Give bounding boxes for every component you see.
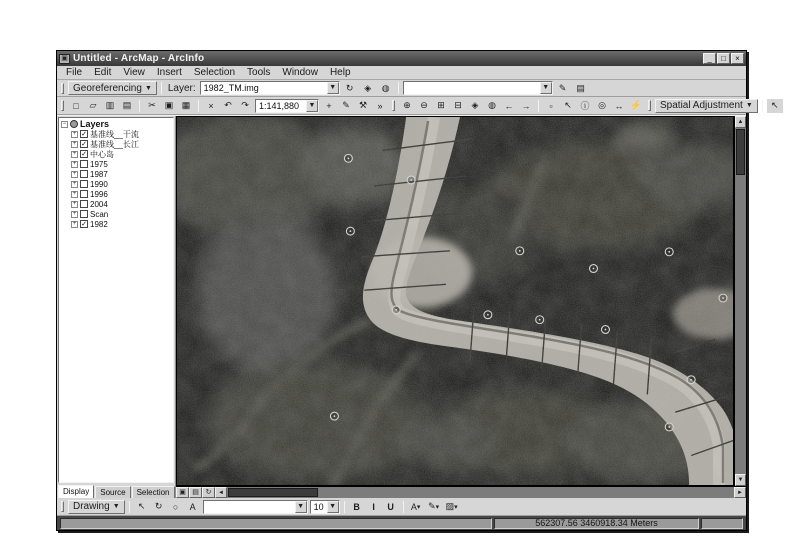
globe-icon	[70, 120, 78, 128]
undo-button[interactable]: ↶	[220, 99, 236, 113]
attributes-button[interactable]: ▤	[573, 81, 589, 95]
chevron-down-icon[interactable]: ▼	[327, 501, 339, 513]
main-area: − Layers +基准线__干流+基准线__长江+中心岛+1975+1987+…	[57, 115, 746, 498]
rotate-element-button[interactable]: ↻	[151, 500, 167, 514]
task-combo[interactable]: ▼	[403, 81, 553, 95]
layer-visibility-checkbox[interactable]	[80, 160, 88, 168]
layer-item[interactable]: +1990	[59, 179, 173, 189]
toc-tab-source[interactable]: Source	[95, 486, 130, 498]
page: ▣ Untitled - ArcMap - ArcInfo _ □ × File…	[0, 0, 800, 543]
chevron-down-icon: ▾	[436, 503, 440, 511]
menu-file[interactable]: File	[60, 67, 88, 78]
hyperlink-icon: ⚡	[630, 100, 641, 111]
layer-visibility-checkbox[interactable]	[80, 140, 88, 148]
go-back-extent-icon: ←	[505, 101, 514, 111]
zoom-in-button[interactable]: ⊕	[399, 99, 415, 113]
paste-button[interactable]: ▦	[178, 99, 194, 113]
shape-tool-icon: ○	[173, 502, 178, 512]
rotate-raster-icon: ↻	[346, 83, 354, 94]
toolbar-grip[interactable]	[61, 83, 64, 94]
pan-icon: ◈	[472, 100, 479, 111]
italic-button[interactable]: I	[366, 500, 382, 514]
expand-icon[interactable]: +	[71, 181, 78, 188]
expand-icon[interactable]: +	[71, 191, 78, 198]
identify-button[interactable]: ⓘ	[577, 99, 593, 113]
save-map-icon: ▥	[106, 100, 115, 111]
identify-icon: ⓘ	[580, 99, 589, 112]
go-forward-extent-icon: →	[522, 101, 531, 111]
map-canvas[interactable]	[176, 116, 734, 486]
line-color-button[interactable]: ✎▾	[426, 500, 442, 514]
expand-icon[interactable]: +	[71, 131, 78, 138]
go-forward-extent-button[interactable]: →	[518, 99, 534, 113]
toolbar-separator	[762, 100, 763, 112]
font-size-value: 10	[311, 502, 327, 512]
shift-raster-icon: ◈	[364, 83, 371, 94]
cut-button[interactable]: ✂	[144, 99, 160, 113]
layer-combo-value: 1982_TM.img	[201, 83, 327, 93]
full-extent-button[interactable]: ◍	[484, 99, 500, 113]
expand-icon[interactable]: +	[71, 211, 78, 218]
layer-label: Layer:	[166, 83, 198, 94]
chevron-down-icon[interactable]: ▼	[295, 501, 307, 513]
table-of-contents: − Layers +基准线__干流+基准线__长江+中心岛+1975+1987+…	[57, 116, 176, 498]
edit-sketch-button[interactable]: ✎	[555, 81, 571, 95]
status-bar: 562307.56 3460918.34 Meters	[57, 516, 746, 530]
satellite-map	[177, 117, 733, 485]
rotate-element-icon: ↻	[155, 501, 163, 512]
arcmap-window: ▣ Untitled - ArcMap - ArcInfo _ □ × File…	[56, 50, 747, 531]
layer-visibility-checkbox[interactable]	[80, 200, 88, 208]
toolbar-standard-tools: □▱▥▤ ✂▣▦ ×↶↷ 1:141,880 ▼ +✎⚒» ⊕⊖⊞⊟◈◍←→ ▫…	[57, 97, 746, 115]
drawing-label: Drawing	[73, 501, 110, 512]
command-line-icon: »	[377, 101, 382, 111]
go-back-extent-button[interactable]: ←	[501, 99, 517, 113]
select-features-icon: ▫	[549, 101, 552, 111]
print-map-button[interactable]: ▤	[119, 99, 135, 113]
menu-window[interactable]: Window	[276, 67, 324, 78]
select-elements-icon: ↖	[564, 100, 572, 111]
georeferencing-menu-button[interactable]: Georeferencing ▼	[68, 81, 157, 95]
menu-selection[interactable]: Selection	[188, 67, 241, 78]
layer-name[interactable]: 1996	[90, 190, 108, 199]
vertical-scroll-thumb[interactable]	[736, 129, 745, 175]
chevron-down-icon: ▼	[145, 85, 152, 92]
layer-visibility-checkbox[interactable]	[80, 190, 88, 198]
toolbar-separator	[398, 82, 399, 94]
layer-visibility-checkbox[interactable]	[80, 170, 88, 178]
map-scale-value: 1:141,880	[256, 101, 306, 111]
fill-color-icon: ▨	[446, 501, 455, 512]
title-bar: ▣ Untitled - ArcMap - ArcInfo _ □ ×	[57, 51, 746, 66]
map-scale-combo[interactable]: 1:141,880 ▼	[255, 99, 319, 113]
pan-button[interactable]: ◈	[467, 99, 483, 113]
spatial-adjustment-menu-button[interactable]: Spatial Adjustment ▼	[655, 99, 758, 113]
toc-root-label: Layers	[80, 119, 109, 129]
horizontal-scroll-thumb[interactable]	[228, 488, 318, 497]
layer-visibility-checkbox[interactable]	[80, 220, 88, 228]
status-message-cell	[60, 518, 492, 529]
bold-icon: B	[353, 502, 360, 512]
expand-icon[interactable]: +	[71, 221, 78, 228]
drawing-menu-button[interactable]: Drawing ▼	[68, 500, 125, 514]
add-data-icon: +	[326, 101, 331, 111]
toolbar-separator	[161, 82, 162, 94]
zoom-out-icon: ⊖	[420, 100, 428, 111]
layer-name[interactable]: 1982	[90, 220, 108, 229]
zoom-in-icon: ⊕	[403, 100, 411, 111]
status-extra-cell	[701, 518, 743, 529]
minimize-button[interactable]: _	[703, 53, 716, 64]
layer-item[interactable]: +基准线__干流	[59, 129, 173, 139]
toc-tree: − Layers +基准线__干流+基准线__长江+中心岛+1975+1987+…	[58, 117, 174, 483]
find-button[interactable]: ◎	[594, 99, 610, 113]
menu-bar: FileEditViewInsertSelectionToolsWindowHe…	[57, 66, 746, 80]
layer-item[interactable]: +1996	[59, 189, 173, 199]
expand-icon[interactable]: +	[71, 141, 78, 148]
toolbar-draw: Drawing ▼ ↖↻○A ▼ 10 ▼ BIU A▾✎▾▨▾	[57, 498, 746, 516]
measure-button[interactable]: ↔	[611, 99, 627, 113]
toolbar-grip[interactable]	[61, 100, 64, 111]
toc-root-row[interactable]: − Layers	[59, 119, 173, 129]
toolbar-grip[interactable]	[61, 501, 64, 512]
layer-name[interactable]: 2004	[90, 200, 108, 209]
spatial-adjustment-label: Spatial Adjustment	[660, 100, 743, 111]
open-map-icon: ▱	[90, 100, 97, 111]
select-features-button[interactable]: ▫	[543, 99, 559, 113]
add-data-button[interactable]: +	[321, 99, 337, 113]
save-map-button[interactable]: ▥	[102, 99, 118, 113]
layer-name[interactable]: 1987	[90, 170, 108, 179]
find-icon: ◎	[598, 100, 606, 111]
full-extent-icon: ◍	[488, 100, 496, 111]
scroll-down-icon[interactable]: ▼	[735, 474, 746, 486]
font-color-button[interactable]: A▾	[408, 500, 424, 514]
menu-help[interactable]: Help	[324, 67, 357, 78]
toolbar-separator	[344, 501, 345, 513]
fixed-zoom-in-button[interactable]: ⊞	[433, 99, 449, 113]
scroll-right-icon[interactable]: ►	[734, 487, 746, 498]
map-frame: ▲ ▼ ▣ ▤ ↻ ◄ ►	[176, 116, 746, 498]
underline-icon: U	[387, 502, 394, 512]
fixed-zoom-out-icon: ⊟	[454, 100, 462, 111]
measure-icon: ↔	[615, 101, 624, 111]
maximize-button[interactable]: □	[717, 53, 730, 64]
toolbar-separator	[538, 100, 539, 112]
delete-button[interactable]: ×	[203, 99, 219, 113]
command-line-button[interactable]: »	[372, 99, 388, 113]
layer-item[interactable]: +1982	[59, 219, 173, 229]
zoom-to-layer-icon: ◍	[382, 83, 390, 94]
select-elements-button[interactable]: ↖	[134, 500, 150, 514]
layer-visibility-checkbox[interactable]	[80, 210, 88, 218]
shift-raster-button[interactable]: ◈	[360, 81, 376, 95]
coordinates-readout: 562307.56 3460918.34 Meters	[494, 518, 699, 529]
italic-icon: I	[372, 502, 375, 512]
hyperlink-button[interactable]: ⚡	[628, 99, 644, 113]
toolbar-grip[interactable]	[392, 100, 395, 111]
layer-name[interactable]: Scan	[90, 210, 108, 219]
shape-tool-button[interactable]: ○	[168, 500, 184, 514]
new-map-button[interactable]: □	[68, 99, 84, 113]
text-tool-icon: A	[190, 502, 196, 512]
vertical-scrollbar[interactable]: ▲ ▼	[734, 116, 746, 486]
layer-visibility-checkbox[interactable]	[80, 180, 88, 188]
attributes-icon: ▤	[576, 83, 585, 94]
toc-tab-selection[interactable]: Selection	[132, 486, 175, 498]
scroll-left-icon[interactable]: ◄	[215, 487, 227, 498]
redo-button[interactable]: ↷	[237, 99, 253, 113]
text-tool-button[interactable]: A	[185, 500, 201, 514]
horizontal-scrollbar[interactable]: ▣ ▤ ↻ ◄ ►	[176, 486, 746, 498]
chevron-down-icon[interactable]: ▼	[327, 82, 339, 94]
fixed-zoom-in-icon: ⊞	[437, 100, 445, 111]
chevron-down-icon: ▾	[454, 503, 458, 511]
layer-name[interactable]: 1975	[90, 160, 108, 169]
layer-item[interactable]: +基准线__长江	[59, 139, 173, 149]
toolbar-separator	[129, 501, 130, 513]
layer-item[interactable]: +中心岛	[59, 149, 173, 159]
edit-sketch-icon: ✎	[559, 83, 567, 94]
georeferencing-label: Georeferencing	[73, 83, 142, 94]
chevron-down-icon: ▾	[417, 503, 421, 511]
copy-icon: ▣	[165, 100, 174, 111]
select-elements-button[interactable]: ↖	[560, 99, 576, 113]
menu-insert[interactable]: Insert	[151, 67, 188, 78]
delete-icon: ×	[208, 101, 213, 111]
undo-icon: ↶	[224, 100, 232, 111]
underline-button[interactable]: U	[383, 500, 399, 514]
menu-tools[interactable]: Tools	[241, 67, 276, 78]
arctoolbox-icon: ⚒	[359, 100, 367, 111]
expand-icon[interactable]: +	[71, 161, 78, 168]
bold-button[interactable]: B	[349, 500, 365, 514]
collapse-icon[interactable]: −	[61, 121, 68, 128]
editor-pencil-icon: ✎	[342, 100, 350, 111]
chevron-down-icon: ▼	[113, 503, 120, 510]
fixed-zoom-out-button[interactable]: ⊟	[450, 99, 466, 113]
copy-button[interactable]: ▣	[161, 99, 177, 113]
window-title: Untitled - ArcMap - ArcInfo	[73, 53, 700, 64]
close-button[interactable]: ×	[731, 53, 744, 64]
toolbar-georeferencing: Georeferencing ▼ Layer: 1982_TM.img ▼ ↻◈…	[57, 80, 746, 97]
editor-pencil-button[interactable]: ✎	[338, 99, 354, 113]
print-map-icon: ▤	[123, 100, 132, 111]
open-map-button[interactable]: ▱	[85, 99, 101, 113]
line-color-icon: ✎	[428, 501, 436, 512]
scroll-up-icon[interactable]: ▲	[735, 116, 746, 128]
cursor-arrow-icon: ↖	[771, 100, 779, 111]
redo-icon: ↷	[241, 100, 249, 111]
new-map-icon: □	[73, 101, 78, 111]
layer-visibility-checkbox[interactable]	[80, 130, 88, 138]
layer-item[interactable]: +1975	[59, 159, 173, 169]
cut-icon: ✂	[148, 100, 156, 111]
zoom-to-layer-button[interactable]: ◍	[378, 81, 394, 95]
rotate-raster-button[interactable]: ↻	[342, 81, 358, 95]
data-view-button[interactable]: ▣	[176, 487, 189, 498]
expand-icon[interactable]: +	[71, 151, 78, 158]
layer-name[interactable]: 1990	[90, 180, 108, 189]
fill-color-button[interactable]: ▨▾	[444, 500, 460, 514]
toc-tabs: DisplaySourceSelection	[57, 484, 175, 498]
expand-icon[interactable]: +	[71, 171, 78, 178]
toc-tab-display[interactable]: Display	[58, 485, 94, 498]
chevron-down-icon[interactable]: ▼	[306, 100, 318, 112]
select-elements-icon: ↖	[138, 501, 146, 512]
layer-combo[interactable]: 1982_TM.img ▼	[200, 81, 340, 95]
toolbar-separator	[139, 100, 140, 112]
layout-view-button[interactable]: ▤	[189, 487, 202, 498]
zoom-out-button[interactable]: ⊖	[416, 99, 432, 113]
layer-item[interactable]: +Scan	[59, 209, 173, 219]
menu-view[interactable]: View	[117, 67, 151, 78]
arcmap-app-icon: ▣	[59, 54, 70, 64]
chevron-down-icon: ▼	[746, 102, 753, 109]
layer-item[interactable]: +1987	[59, 169, 173, 179]
toolbar-separator	[403, 501, 404, 513]
expand-icon[interactable]: +	[71, 201, 78, 208]
layer-item[interactable]: +2004	[59, 199, 173, 209]
toolbar-grip[interactable]	[648, 100, 651, 111]
layer-visibility-checkbox[interactable]	[80, 150, 88, 158]
adjustment-cursor-button[interactable]: ↖	[767, 99, 783, 113]
paste-icon: ▦	[182, 100, 191, 111]
toolbar-separator	[198, 100, 199, 112]
font-combo[interactable]: ▼	[203, 500, 308, 514]
refresh-view-button[interactable]: ↻	[202, 487, 215, 498]
layer-name[interactable]: 中心岛	[90, 149, 114, 160]
menu-edit[interactable]: Edit	[88, 67, 117, 78]
font-size-combo[interactable]: 10 ▼	[310, 500, 340, 514]
chevron-down-icon[interactable]: ▼	[540, 82, 552, 94]
arctoolbox-button[interactable]: ⚒	[355, 99, 371, 113]
